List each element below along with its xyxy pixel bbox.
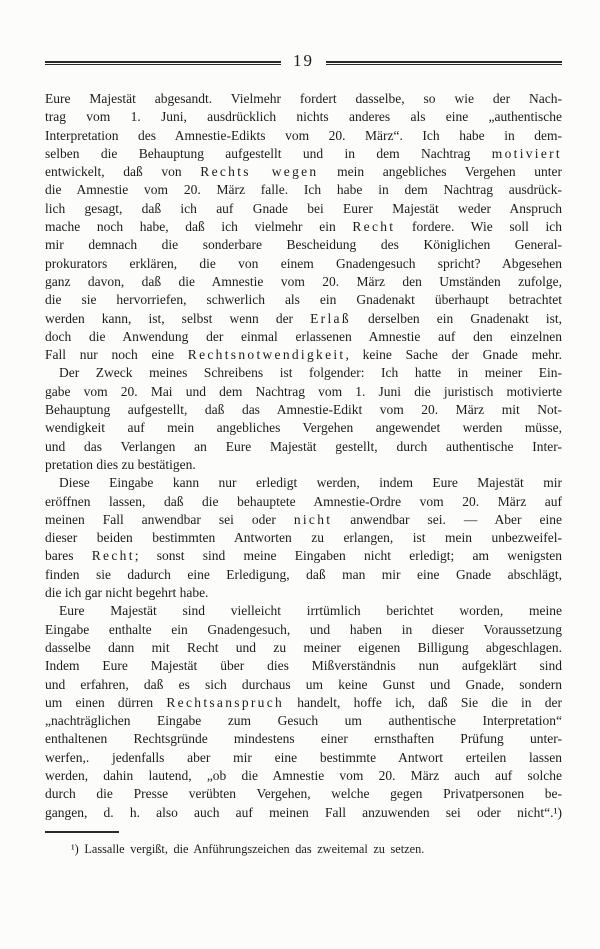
text-line: mache noch habe, daß ich vielmehr ein Re… xyxy=(45,218,562,236)
emphasized-text: Recht xyxy=(92,548,135,563)
footnote: ¹) Lassalle vergißt, die Anführungszeich… xyxy=(45,841,562,857)
text-line: ganz davon, daß die Amnestie vom 20. Mär… xyxy=(45,273,562,291)
text-line: Eingabe enthalte ein Gnadengesuch, und h… xyxy=(45,621,562,639)
text-line: gangen, d. h. also auch auf meinen Fall … xyxy=(45,804,562,822)
text-line: die sie hervorriefen, schwerlich als ein… xyxy=(45,291,562,309)
text-line: Diese Eingabe kann nur erledigt werden, … xyxy=(45,474,562,492)
text-line: meinen Fall anwendbar sei oder nicht anw… xyxy=(45,511,562,529)
book-page: 19 Eure Majestät abgesandt. Vielmehr for… xyxy=(0,0,600,949)
emphasized-text: Recht xyxy=(352,219,395,234)
text-line: um einen dürren Rechtsanspruch handelt, … xyxy=(45,694,562,712)
text-line: werden kann, ist, selbst wenn der Erlaß … xyxy=(45,310,562,328)
text-line: eröffnen lassen, daß die behauptete Amne… xyxy=(45,493,562,511)
page-body: Eure Majestät abgesandt. Vielmehr forder… xyxy=(45,90,562,822)
emphasized-text: motiviert xyxy=(492,146,562,161)
text-line: Eure Majestät abgesandt. Vielmehr forder… xyxy=(45,90,562,108)
text-line: selben die Behauptung aufgestellt und in… xyxy=(45,145,562,163)
text-line: werden, dahin lautend, „ob die Amnestie … xyxy=(45,767,562,785)
page-header: 19 xyxy=(45,54,562,71)
text-line: wendigkeit auf mein angebliches Vergehen… xyxy=(45,419,562,437)
text-line: gabe vom 20. Mai und dem Nachtrag vom 1.… xyxy=(45,383,562,401)
text-line: doch die Anwendung der einmal erlassenen… xyxy=(45,328,562,346)
header-rule-right xyxy=(326,61,562,65)
text-line: Eure Majestät sind vielleicht irrtümlich… xyxy=(45,602,562,620)
text-line: und erfahren, daß es sich durchaus um ke… xyxy=(45,676,562,694)
text-line: die ich gar nicht begehrt habe. xyxy=(45,584,562,602)
text-line: pretation dies zu bestätigen. xyxy=(45,456,562,474)
text-line: die Amnestie vom 20. März falle. Ich hab… xyxy=(45,181,562,199)
text-line: finden sie dadurch eine Erledigung, daß … xyxy=(45,566,562,584)
text-line: Der Zweck meines Schreibens ist folgende… xyxy=(45,364,562,382)
text-line: werfen,. jedenfalls aber mir eine bestim… xyxy=(45,749,562,767)
emphasized-text: Rechtsanspruch xyxy=(166,695,284,710)
text-line: und das Verlangen an Eure Majestät geste… xyxy=(45,438,562,456)
text-line: trag vom 1. Juni, ausdrücklich nichts an… xyxy=(45,108,562,126)
emphasized-text: nicht xyxy=(294,512,333,527)
text-line: entwickelt, daß von Rechts wegen mein an… xyxy=(45,163,562,181)
header-rule-left xyxy=(45,61,281,65)
text-line: Fall nur noch eine Rechtsnotwendigkeit, … xyxy=(45,346,562,364)
text-line: Interpretation des Amnestie-Edikts vom 2… xyxy=(45,127,562,145)
emphasized-text: Rechtsnotwendigkeit xyxy=(188,347,346,362)
text-line: „nachträglichen Eingabe zum Gesuch um au… xyxy=(45,712,562,730)
text-line: Behauptung aufgestellt, daß das Amnestie… xyxy=(45,401,562,419)
footnote-separator xyxy=(45,831,119,833)
text-line: prokurators erklären, die von einem Gnad… xyxy=(45,255,562,273)
text-line: lich gesagt, daß ich auf Gnade bei Eurer… xyxy=(45,200,562,218)
emphasized-text: Rechts wegen xyxy=(200,164,318,179)
emphasized-text: Erlaß xyxy=(310,311,351,326)
text-line: mir demnach die sonderbare Bescheidung d… xyxy=(45,236,562,254)
text-line: dieser beiden bestimmten Antworten zu er… xyxy=(45,529,562,547)
text-line: Indem Eure Majestät über dies Mißverstän… xyxy=(45,657,562,675)
text-line: dasselbe dann mit Recht und zu meiner ei… xyxy=(45,639,562,657)
text-line: enthaltenen Rechtsgründe mindestens eine… xyxy=(45,730,562,748)
text-line: durch die Presse verübten Vergehen, welc… xyxy=(45,785,562,803)
text-line: bares Recht; sonst sind meine Eingaben n… xyxy=(45,547,562,565)
page-number: 19 xyxy=(293,52,314,69)
